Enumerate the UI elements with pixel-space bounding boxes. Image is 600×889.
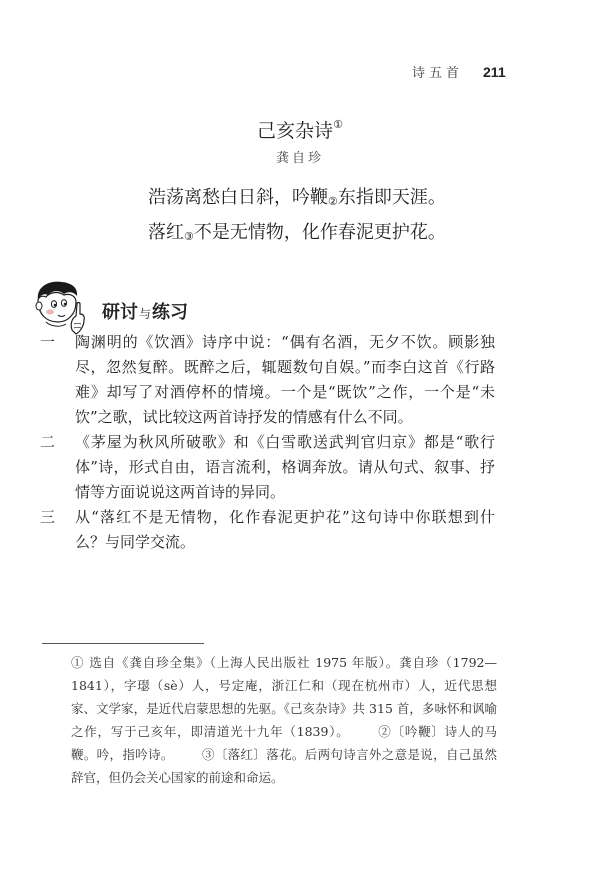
exercise-item-3: 三 从“落红不是无情物，化作春泥更护花”这句诗中你联想到什么？与同学交流。	[40, 505, 570, 555]
cartoon-boy-pointing-icon	[30, 278, 94, 338]
poem-body: 浩荡离愁白日斜，吟鞭②东指即天涯。 落红③不是无情物，化作春泥更护花。	[148, 180, 446, 250]
poem-author: 龚自珍	[0, 147, 600, 166]
exercise-number: 三	[40, 505, 75, 555]
poem-title: 己亥杂诗①	[0, 116, 600, 143]
exercise-number: 二	[40, 430, 75, 505]
section-title: 研讨与练习	[102, 298, 188, 324]
section-heading: 研讨与练习	[30, 278, 188, 338]
poem-line-1: 浩荡离愁白日斜，吟鞭②东指即天涯。	[148, 180, 446, 215]
footnote-ref-1: ①	[333, 118, 343, 131]
exercise-item-1: 一 陶渊明的《饮酒》诗序中说：“偶有名酒，无夕不饮。顾影独尽，忽然复醉。既醉之后…	[40, 330, 570, 430]
exercise-text: 从“落红不是无情物，化作春泥更护花”这句诗中你联想到什么？与同学交流。	[75, 505, 495, 555]
page-header: 诗五首 211	[412, 62, 506, 81]
exercise-item-2: 二 《茅屋为秋风所破歌》和《白雪歌送武判官归京》都是“歌行体”诗，形式自由，语言…	[40, 430, 570, 505]
running-header-section: 诗五首	[412, 62, 463, 81]
page-number: 211	[483, 64, 506, 80]
footnote-ref-2: ②	[328, 195, 338, 208]
exercise-text: 陶渊明的《饮酒》诗序中说：“偶有名酒，无夕不饮。顾影独尽，忽然复醉。既醉之后，辄…	[75, 330, 495, 430]
poem-title-text: 己亥杂诗	[257, 120, 333, 142]
exercise-text: 《茅屋为秋风所破歌》和《白雪歌送武判官归京》都是“歌行体”诗，形式自由，语言流利…	[75, 430, 495, 505]
poem-line-2: 落红③不是无情物，化作春泥更护花。	[148, 215, 446, 250]
exercise-list: 一 陶渊明的《饮酒》诗序中说：“偶有名酒，无夕不饮。顾影独尽，忽然复醉。既醉之后…	[40, 330, 570, 555]
footnotes: ① 选自《龚自珍全集》（上海人民出版社 1975 年版）。龚自珍（1792—18…	[71, 651, 497, 789]
footnote-divider	[42, 643, 204, 644]
exercise-number: 一	[40, 330, 75, 430]
footnote-ref-3: ③	[184, 230, 194, 243]
